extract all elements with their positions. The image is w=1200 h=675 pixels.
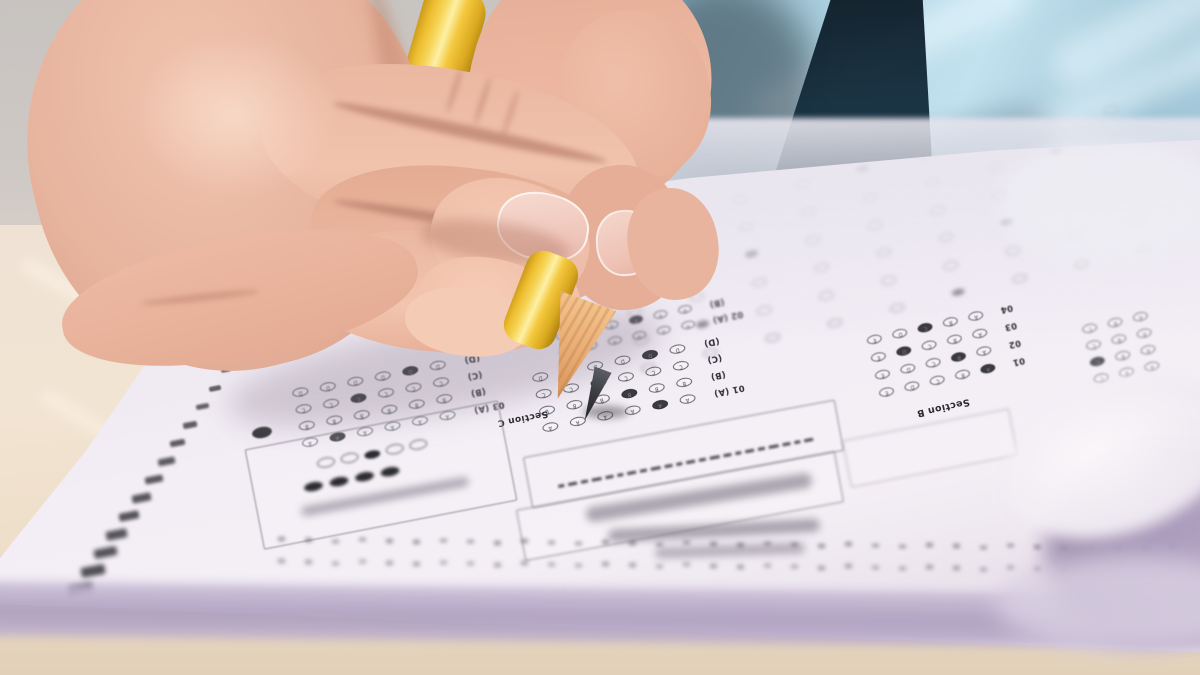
dotted-mark	[710, 564, 717, 568]
dotted-mark	[629, 563, 636, 567]
dotted-mark	[656, 565, 663, 569]
dotted-mark	[332, 562, 339, 566]
dotted-mark	[926, 565, 933, 569]
dotted-mark	[521, 561, 528, 565]
dotted-mark	[440, 561, 447, 565]
dotted-mark	[764, 564, 771, 568]
dotted-mark	[953, 566, 960, 570]
dotted-mark	[494, 563, 501, 567]
dotted-mark	[467, 562, 474, 566]
dotted-mark	[899, 567, 906, 571]
dotted-mark	[548, 563, 555, 567]
dotted-mark	[413, 562, 420, 566]
dotted-mark	[305, 560, 312, 564]
dotted-mark	[737, 565, 744, 569]
dotted-mark	[683, 563, 690, 567]
dotted-mark	[602, 562, 609, 566]
dotted-mark	[818, 566, 825, 570]
dotted-mark	[359, 560, 366, 564]
dotted-mark	[980, 568, 987, 572]
photo-scene: DDDDDD(D)CCCCCC(C)BBBBBB(B)AAAAAA03 (A) …	[0, 0, 1200, 675]
dotted-mark	[575, 564, 582, 568]
dotted-mark	[1007, 566, 1014, 570]
dotted-mark	[791, 565, 798, 569]
dotted-mark	[386, 561, 393, 565]
dotted-mark	[872, 566, 879, 570]
dotted-mark	[845, 564, 852, 568]
skin-highlight	[130, 30, 340, 200]
dotted-mark	[278, 559, 285, 563]
